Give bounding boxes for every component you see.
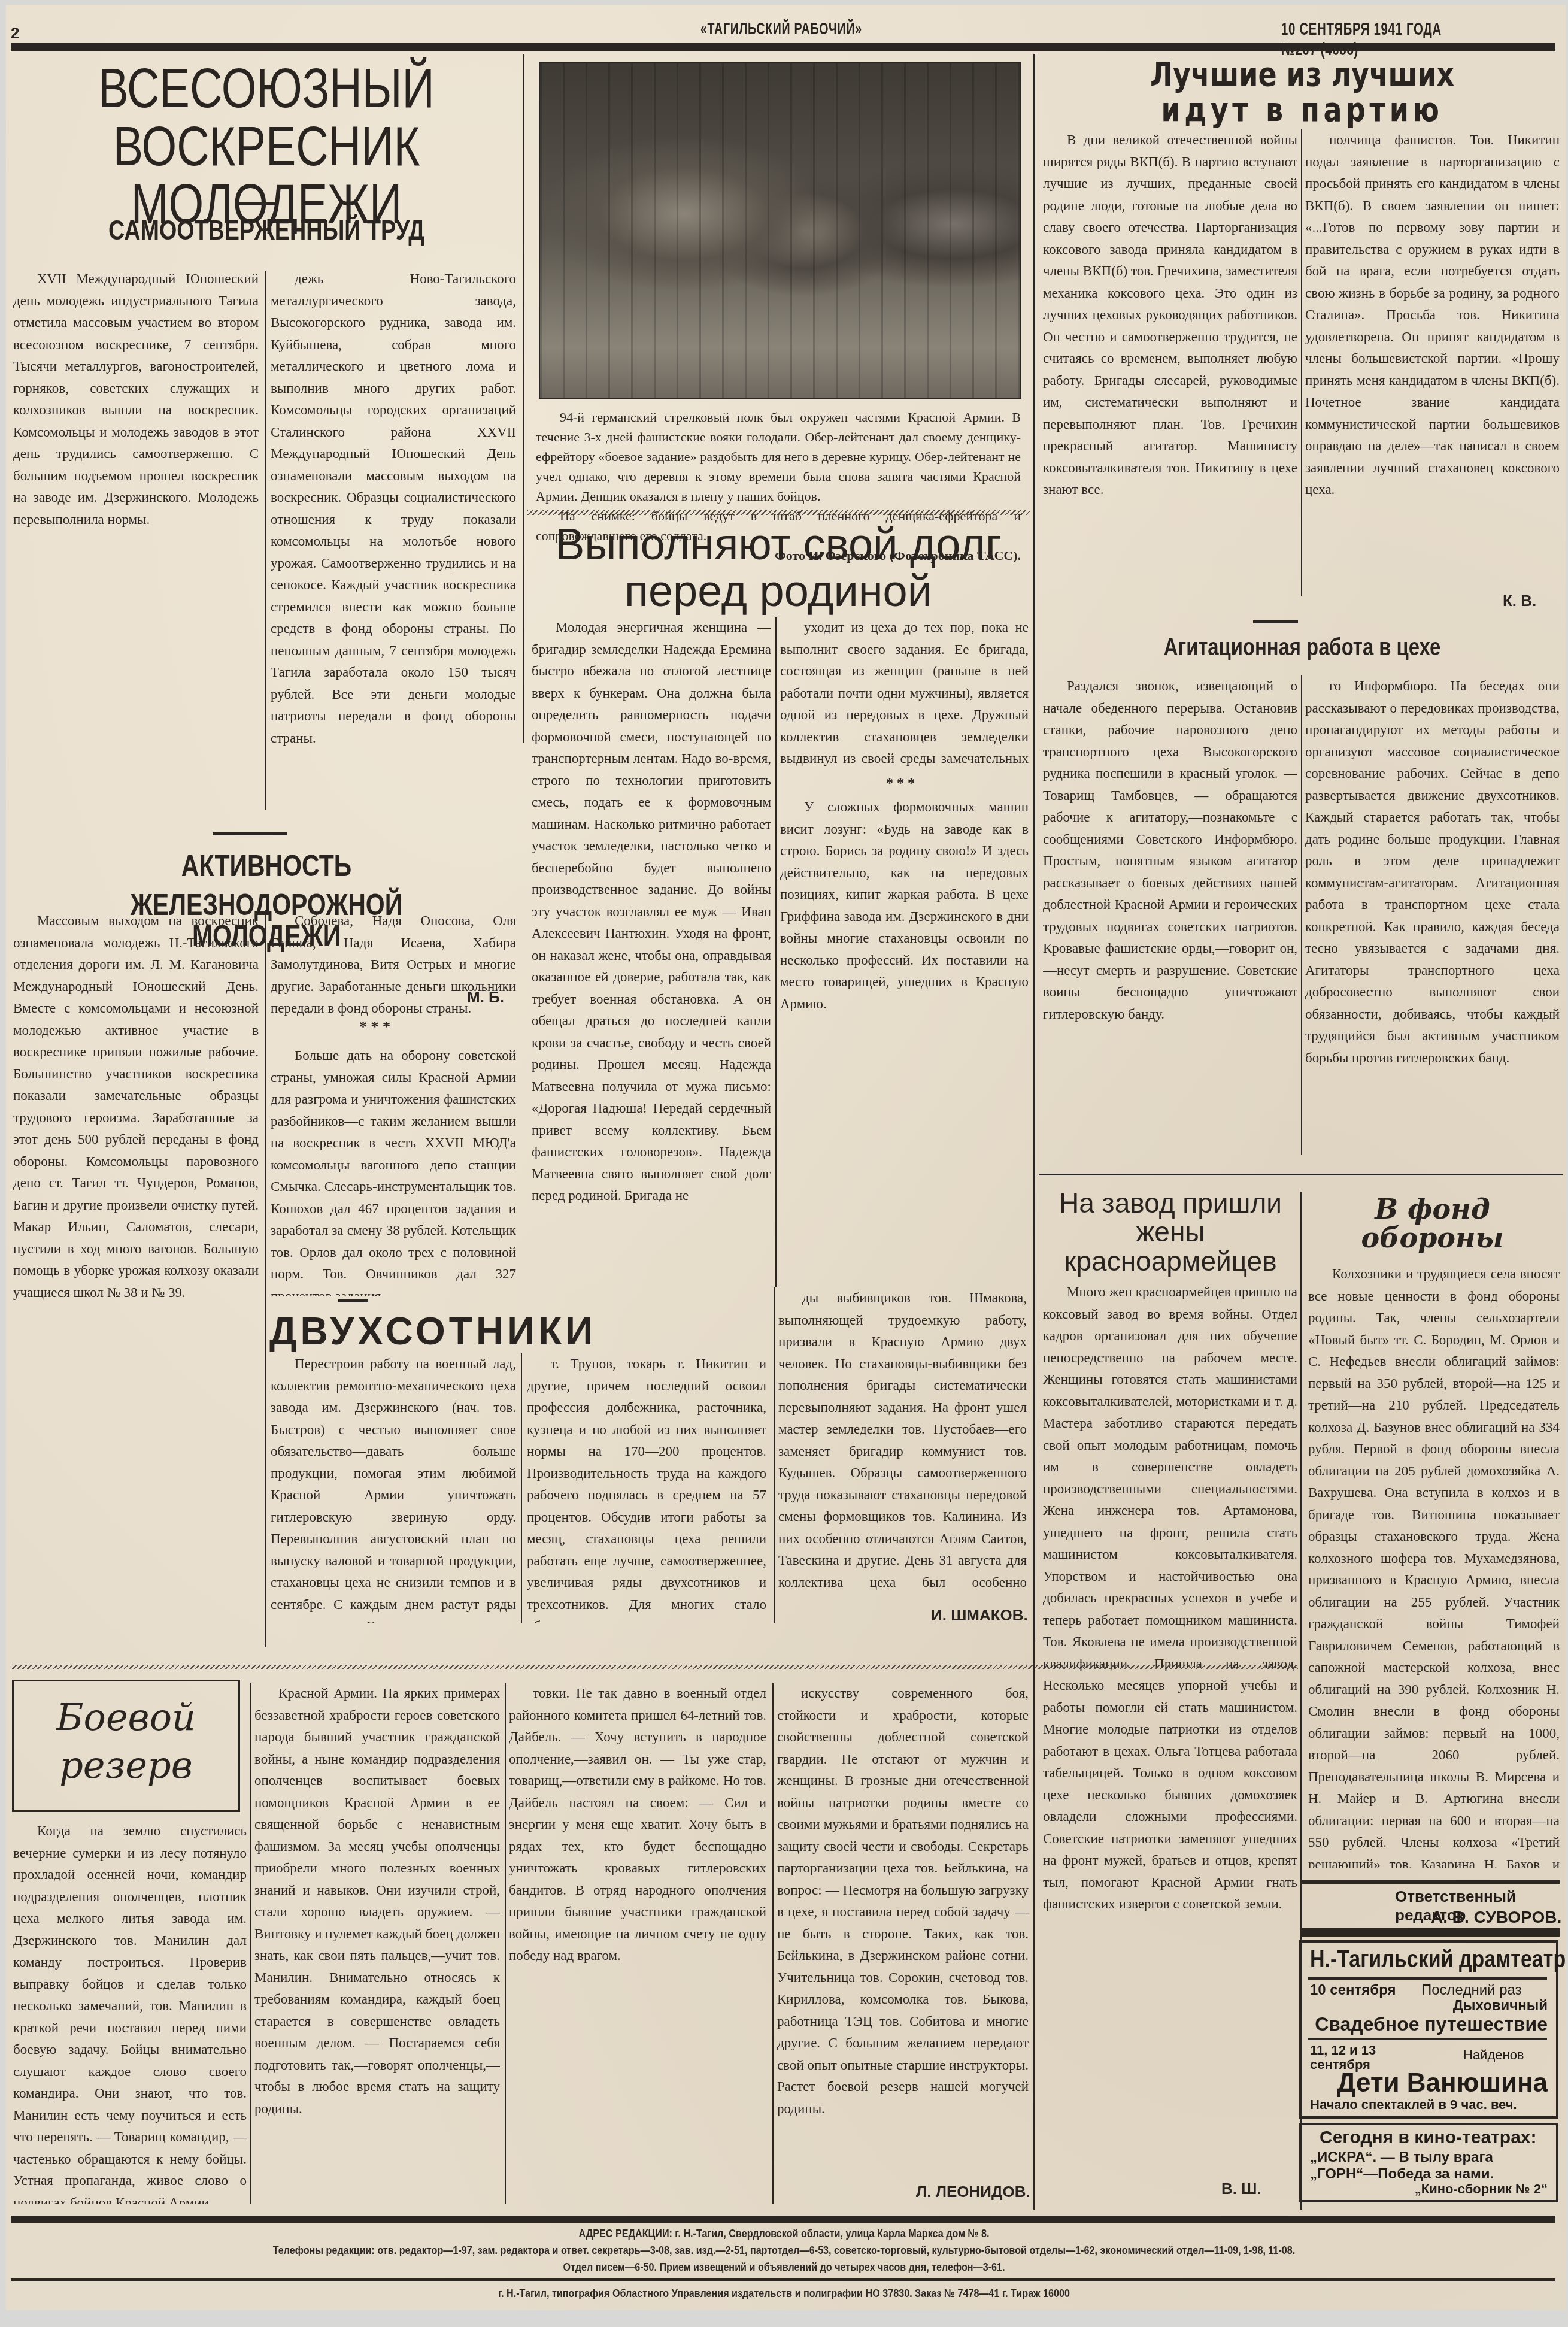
- title-separator: [213, 832, 287, 835]
- column-divider: [1301, 129, 1302, 596]
- section-rule: [1302, 1880, 1560, 1884]
- article-text: Массовым выходом на воскресник ознаменов…: [13, 910, 259, 1304]
- subtitle-text: САМООТВЕРЖЕННЫЙ ТРУД: [58, 216, 475, 244]
- cinema-line: „ГОРН“—Победа за нами.: [1310, 2166, 1494, 2183]
- caption-text: 94-й германский стрелковый полк был окру…: [536, 407, 1021, 506]
- editor-name: А. В. СУВОРОВ.: [1431, 1908, 1561, 1927]
- article-aktivnost-col2: Соболева, Надя Оносова, Оля Ганина, Надя…: [271, 910, 516, 1024]
- section-rule: [1302, 1928, 1560, 1937]
- article-zheny-col1: Много жен красноармейцев пришло на коксо…: [1043, 1281, 1297, 2168]
- column-divider: [265, 271, 266, 810]
- column-divider: [1033, 54, 1035, 1641]
- article-dolg-col2: уходит из цеха до тех пор, пока не выпол…: [780, 617, 1029, 766]
- wavy-separator: [527, 510, 1030, 515]
- article-agitatsiya-title: Агитационная работа в цехе: [1042, 635, 1563, 660]
- article-fond-title: В фонд обороны: [1305, 1195, 1560, 1253]
- ad-rule: [1308, 2038, 1547, 2040]
- headline-text: В фонд: [1305, 1195, 1560, 1223]
- show1-date: 10 сентября: [1310, 1982, 1396, 1999]
- news-photo: [539, 62, 1021, 399]
- article-text: полчища фашистов. Тов. Никитин подал зая…: [1305, 129, 1560, 501]
- signature: В. Ш.: [1221, 2180, 1261, 2198]
- article-dvukhsotniki-col3: ды выбивщиков тов. Шмакова, выполняющей …: [778, 1287, 1027, 1599]
- headline-text: обороны: [1305, 1223, 1560, 1252]
- article-rezerv-col2: Красной Армии. На ярких примерах беззаве…: [254, 1683, 500, 2204]
- article-text: Красной Армии. На ярких примерах беззаве…: [254, 1683, 500, 2120]
- column-divider: [505, 1683, 506, 2204]
- article-dvukhsotniki-col2: т. Трупов, токарь т. Никитин и другие, п…: [527, 1353, 766, 1623]
- footer-letters: Отдел писем—6-50. Прием извещений и объя…: [117, 2261, 1450, 2274]
- rezerv-title-box: Боевой резерв: [12, 1680, 240, 1812]
- article-text: Перестроив работу на военный лад, коллек…: [271, 1353, 516, 1623]
- column-divider: [1301, 675, 1302, 1155]
- show1-author: Дыховичный: [1453, 1998, 1548, 2014]
- footer-phones: Телефоны редакции: отв. редактор—1-97, з…: [117, 2244, 1450, 2258]
- article-agitatsiya-col2: го Информбюро. На беседах они рассказыва…: [1305, 675, 1560, 1143]
- show2-date: 11, 12 и 13 сентября: [1310, 2043, 1376, 2072]
- article-rezerv-title: Боевой резерв: [14, 1693, 238, 1789]
- article-aktivnost-col1: Массовым выходом на воскресник ознаменов…: [13, 910, 259, 1647]
- article-dolg-col2b: У сложных формовочных машин висит лозунг…: [780, 796, 1029, 1287]
- headline-text: Агитационная работа в цехе: [1088, 635, 1515, 660]
- headline-text: перед родиной: [527, 568, 1030, 614]
- section-stars: * * *: [359, 1018, 390, 1036]
- article-text: искусству современного боя, стойкости и …: [777, 1683, 1029, 2120]
- article-text: го Информбюро. На беседах они рассказыва…: [1305, 675, 1560, 1069]
- article-zheny-title: На завод пришли жены красноармейцев: [1042, 1189, 1299, 1275]
- footer-address: АДРЕС РЕДАКЦИИ: г. Н.-Тагил, Свердловско…: [117, 2228, 1450, 2241]
- article-luchshie-title: Лучшие из лучших идут в партию: [1042, 57, 1563, 128]
- start-time: Начало спектаклей в 9 час. веч.: [1310, 2097, 1517, 2113]
- article-text: Колхозники и трудящиеся села вносят все …: [1308, 1264, 1560, 1868]
- article-fond-col1: Колхозники и трудящиеся села вносят все …: [1308, 1264, 1560, 1868]
- section-rule: [1039, 1174, 1563, 1175]
- article-voskresnik-col1: XVII Международный Юношеский день молоде…: [13, 268, 259, 765]
- issue-date: 10 СЕНТЯБРЯ 1941 ГОДА №207 (4688): [1281, 19, 1476, 60]
- title-separator: [239, 202, 275, 205]
- signature: К. В.: [1503, 592, 1536, 610]
- paper-name: «ТАГИЛЬСКИЙ РАБОЧИЙ»: [700, 19, 862, 38]
- show2-author: Найденов: [1463, 2047, 1524, 2063]
- article-text: товки. Не так давно в военный отдел райо…: [509, 1683, 766, 1967]
- article-dolg-col1: Молодая энергичная женщина — бригадир зе…: [532, 617, 771, 1287]
- wavy-separator: [11, 1665, 1298, 1669]
- headline-text: красноармейцев: [1042, 1247, 1299, 1275]
- article-rezerv-col3: товки. Не так давно в военный отдел райо…: [509, 1683, 766, 2204]
- article-aktivnost-col2b: Больше дать на оборону советской страны,…: [271, 1045, 516, 1296]
- article-luchshie-col1: В дни великой отечественной войны ширятс…: [1043, 129, 1297, 596]
- signature: М. Б.: [467, 988, 504, 1007]
- theatre-ad: Н.-Тагильский драмтеатр 10 сентября Посл…: [1299, 1940, 1558, 2119]
- headline-text: идут в партию: [1088, 93, 1515, 128]
- column-divider: [774, 1287, 775, 1623]
- article-text: В дни великой отечественной войны ширятс…: [1043, 129, 1297, 501]
- headline-text: Боевой: [14, 1693, 238, 1741]
- headline-text: На завод пришли: [1042, 1189, 1299, 1217]
- article-text: ды выбивщиков тов. Шмакова, выполняющей …: [778, 1287, 1027, 1599]
- theatre-name: Н.-Тагильский драмтеатр: [1310, 1946, 1566, 1973]
- show2-title: Дети Ванюшина: [1337, 2068, 1548, 2098]
- article-dolg-title: Выполняют свой долг перед родиной: [527, 521, 1030, 614]
- article-text: У сложных формовочных машин висит лозунг…: [780, 796, 1029, 1015]
- article-rezerv-col1: Когда на землю спустились вечерние сумер…: [13, 1820, 247, 2204]
- article-text: уходит из цеха до тех пор, пока не выпол…: [780, 617, 1029, 766]
- show1-title: Свадебное путешествие: [1315, 2013, 1548, 2035]
- page-number: 2: [11, 24, 20, 43]
- column-divider: [265, 910, 266, 1647]
- headline-text: Лучшие из лучших: [1088, 57, 1515, 93]
- title-separator: [1253, 620, 1298, 623]
- headline-text: АКТИВНОСТЬ: [58, 850, 475, 882]
- column-divider: [250, 1683, 251, 2204]
- signature: Л. ЛЕОНИДОВ.: [916, 2183, 1030, 2201]
- signature: И. ШМАКОВ.: [931, 1606, 1028, 1625]
- footer-printer: г. Н.-Тагил, типография Областного Управ…: [117, 2287, 1450, 2301]
- footer-rule: [11, 2278, 1555, 2281]
- column-divider: [1033, 1641, 1035, 2210]
- article-text: дежь Ново-Тагильского металлургического …: [271, 268, 516, 749]
- column-divider: [772, 1683, 774, 2204]
- article-text: Много жен красноармейцев пришло на коксо…: [1043, 1281, 1297, 1916]
- cinema-ad: Сегодня в кино-театрах: „ИСКРА“. — В тыл…: [1299, 2123, 1558, 2202]
- cinema-line: „ИСКРА“. — В тылу врага: [1310, 2149, 1493, 2166]
- article-text: Когда на землю спустились вечерние сумер…: [13, 1820, 247, 2204]
- cinema-line: „Кино-сборник № 2“: [1415, 2181, 1548, 2197]
- article-luchshie-col2: полчища фашистов. Тов. Никитин подал зая…: [1305, 129, 1560, 584]
- headline-text: Выполняют свой долг: [527, 521, 1030, 568]
- ad-rule: [1308, 1977, 1547, 1980]
- article-voskresnik-title: ВСЕСОЮЗНЫЙ ВОСКРЕСНИК МОЛОДЕЖИ: [12, 60, 521, 234]
- show1-note: Последний раз: [1421, 1982, 1522, 1999]
- headline-text: ВСЕСОЮЗНЫЙ ВОСКРЕСНИК МОЛОДЕЖИ: [58, 60, 475, 234]
- masthead-rule: [11, 43, 1555, 51]
- article-dvukhsotniki-title: ДВУХСОТНИКИ: [269, 1311, 521, 1352]
- cinema-heading: Сегодня в кино-театрах:: [1320, 2128, 1537, 2148]
- title-separator: [338, 1299, 368, 1302]
- section-stars: * * *: [886, 775, 915, 792]
- article-voskresnik-subtitle: САМООТВЕРЖЕННЫЙ ТРУД: [12, 216, 521, 244]
- show2-date-line: 11, 12 и 13: [1310, 2043, 1376, 2058]
- article-agitatsiya-col1: Раздался звонок, извещающий о начале обе…: [1043, 675, 1297, 1155]
- article-text: Молодая энергичная женщина — бригадир зе…: [532, 617, 771, 1207]
- column-divider: [775, 617, 777, 1287]
- column-divider: [521, 1353, 522, 1623]
- article-text: Раздался звонок, извещающий о начале обе…: [1043, 675, 1297, 1025]
- article-dvukhsotniki-col1: Перестроив работу на военный лад, коллек…: [271, 1353, 516, 1623]
- article-text: XVII Международный Юношеский день молоде…: [13, 268, 259, 531]
- article-text: т. Трупов, токарь т. Никитин и другие, п…: [527, 1353, 766, 1623]
- article-text: Больше дать на оборону советской страны,…: [271, 1045, 516, 1296]
- footer-rule: [11, 2216, 1555, 2223]
- headline-text: жены: [1042, 1217, 1299, 1246]
- column-divider: [523, 54, 524, 743]
- article-voskresnik-col2: дежь Ново-Тагильского металлургического …: [271, 268, 516, 813]
- article-rezerv-col4: искусству современного боя, стойкости и …: [777, 1683, 1029, 2174]
- headline-text: резерв: [14, 1741, 238, 1789]
